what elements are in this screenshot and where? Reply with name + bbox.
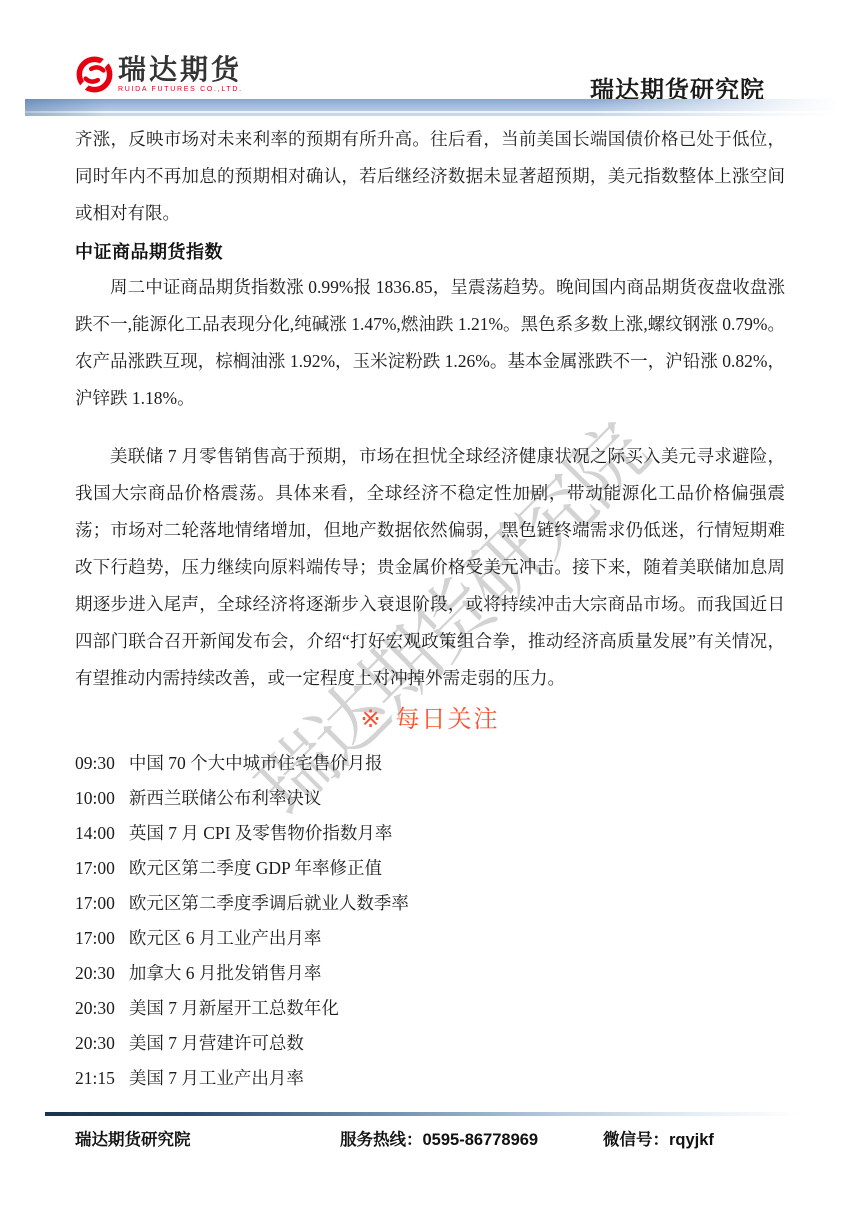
footer: 瑞达期货研究院 服务热线：0595-86778969 微信号：rqyjkf (75, 1126, 785, 1148)
focus-item: 10:00新西兰联储公布利率决议 (75, 781, 785, 816)
focus-item: 09:30中国 70 个大中城市住宅售价月报 (75, 746, 785, 781)
footer-hotline-label: 服务热线： (340, 1131, 423, 1149)
focus-event: 新西兰联储公布利率决议 (129, 788, 322, 808)
focus-event: 英国 7 月 CPI 及零售物价指数月率 (129, 823, 392, 843)
focus-item: 20:30加拿大 6 月批发销售月率 (75, 956, 785, 991)
focus-time: 20:30 (75, 998, 115, 1018)
header-divider-bar (25, 99, 838, 116)
focus-time: 14:00 (75, 823, 115, 843)
brand-name-en: RUIDA FUTURES CO.,LTD. (118, 86, 243, 93)
footer-hotline-number: 0595-86778969 (423, 1131, 539, 1149)
focus-time: 20:30 (75, 963, 115, 983)
brand-logo-icon (76, 56, 113, 93)
focus-time: 20:30 (75, 1033, 115, 1053)
focus-item: 20:30美国 7 月新屋开工总数年化 (75, 991, 785, 1026)
focus-event: 欧元区 6 月工业产出月率 (129, 928, 322, 948)
brand-logo-text: 瑞达期货 RUIDA FUTURES CO.,LTD. (118, 55, 243, 93)
focus-time: 17:00 (75, 858, 115, 878)
brand-name-cn: 瑞达期货 (118, 55, 243, 85)
focus-item: 17:00欧元区第二季度季调后就业人数季率 (75, 886, 785, 921)
focus-item: 14:00英国 7 月 CPI 及零售物价指数月率 (75, 816, 785, 851)
paragraph-index-review: 周二中证商品期货指数涨 0.99%报 1836.85，呈震荡趋势。晚间国内商品期… (75, 269, 785, 417)
footer-wechat: 微信号：rqyjkf (603, 1126, 714, 1150)
footer-wechat-label: 微信号： (603, 1131, 669, 1149)
focus-item: 17:00欧元区第二季度 GDP 年率修正值 (75, 851, 785, 886)
header-bar-main-band (25, 99, 838, 111)
header-bar-thin-band (25, 113, 838, 116)
section-title-commodity-index: 中证商品期货指数 (75, 240, 785, 264)
focus-event: 美国 7 月新屋开工总数年化 (129, 998, 339, 1018)
footer-divider-line (45, 1112, 840, 1116)
focus-time: 17:00 (75, 893, 115, 913)
focus-event: 欧元区第二季度季调后就业人数季率 (129, 893, 409, 913)
daily-focus-title-text: 每日关注 (396, 707, 500, 733)
focus-event: 加拿大 6 月批发销售月率 (129, 963, 322, 983)
focus-event: 欧元区第二季度 GDP 年率修正值 (129, 858, 382, 878)
daily-focus-title: ※每日关注 (75, 705, 785, 735)
focus-time: 21:15 (75, 1068, 115, 1088)
daily-focus-list: 09:30中国 70 个大中城市住宅售价月报 10:00新西兰联储公布利率决议 … (75, 746, 785, 1096)
focus-time: 09:30 (75, 753, 115, 773)
focus-item: 21:15美国 7 月工业产出月率 (75, 1061, 785, 1096)
footer-hotline: 服务热线：0595-86778969 (340, 1126, 538, 1150)
focus-item: 20:30美国 7 月营建许可总数 (75, 1026, 785, 1061)
paragraph-usd-outlook: 齐涨，反映市场对未来利率的预期有所升高。往后看，当前美国长端国债价格已处于低位，… (75, 121, 785, 232)
daily-focus-marker-icon: ※ (360, 707, 382, 733)
brand-logo: 瑞达期货 RUIDA FUTURES CO.,LTD. (76, 55, 243, 93)
focus-time: 17:00 (75, 928, 115, 948)
focus-event: 美国 7 月工业产出月率 (129, 1068, 304, 1088)
focus-item: 17:00欧元区 6 月工业产出月率 (75, 921, 785, 956)
focus-time: 10:00 (75, 788, 115, 808)
footer-institute: 瑞达期货研究院 (75, 1126, 191, 1150)
report-page: 瑞达期货 RUIDA FUTURES CO.,LTD. 瑞达期货研究院 瑞达期货… (0, 0, 860, 1217)
footer-wechat-id: rqyjkf (669, 1131, 714, 1149)
header-bar-gap-band (25, 111, 838, 113)
document-body: 齐涨，反映市场对未来利率的预期有所升高。往后看，当前美国长端国债价格已处于低位，… (75, 121, 785, 1096)
focus-event: 美国 7 月营建许可总数 (129, 1033, 304, 1053)
paragraph-macro-analysis: 美联储 7 月零售销售高于预期，市场在担忧全球经济健康状况之际买入美元寻求避险，… (75, 438, 785, 697)
focus-event: 中国 70 个大中城市住宅售价月报 (129, 753, 383, 773)
